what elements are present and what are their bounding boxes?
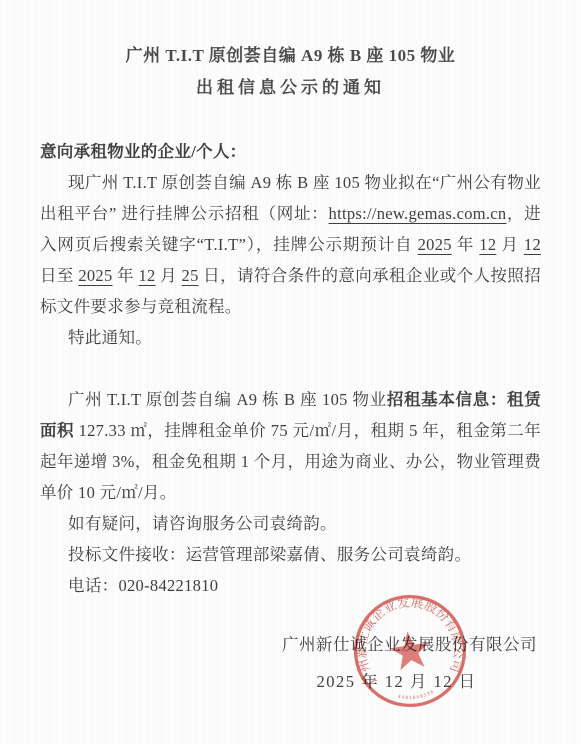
publicity-start-day: 12: [524, 235, 541, 254]
basic-info-paragraph: 广州 T.I.T 原创荟自编 A9 栋 B 座 105 物业招租基本信息：租赁面…: [40, 384, 541, 508]
publicity-end-month: 12: [138, 266, 155, 285]
contact-question: 如有疑问，请咨询服务公司袁绮韵。: [40, 508, 541, 539]
phone-line: 电话：020-84221810: [40, 570, 541, 601]
publicity-start-month: 12: [479, 235, 496, 254]
signature-block: 广州新仕诚企业发展股份有限公司 2025 年 12 月 12 日: [282, 630, 537, 697]
text-segment: 年: [113, 266, 139, 285]
publicity-end-day: 25: [182, 266, 199, 285]
document-content: 广州 T.I.T 原创荟自编 A9 栋 B 座 105 物业 出租信息公示的通知…: [0, 0, 581, 601]
notice-close: 特此通知。: [40, 322, 541, 353]
text-segment: 日至: [40, 266, 78, 285]
publicity-end-year: 2025: [78, 266, 112, 285]
salutation: 意向承租物业的企业/个人：: [40, 136, 541, 167]
notice-title-line1: 广州 T.I.T 原创荟自编 A9 栋 B 座 105 物业: [40, 40, 541, 72]
text-segment: 127.33 ㎡，挂牌租金单价 75 元/㎡/月，租期 5 年，租金第二年起年递…: [40, 421, 541, 502]
text-segment: 年: [452, 235, 479, 254]
announcement-paragraph: 现广州 T.I.T 原创荟自编 A9 栋 B 座 105 物业拟在“广州公有物业…: [40, 167, 541, 322]
signature-date: 2025 年 12 月 12 日: [282, 667, 511, 697]
notice-title: 广州 T.I.T 原创荟自编 A9 栋 B 座 105 物业 出租信息公示的通知: [40, 40, 541, 104]
signature-company: 广州新仕诚企业发展股份有限公司: [282, 630, 537, 660]
bid-receivers: 投标文件接收：运营管理部梁嘉倩、服务公司袁绮韵。: [40, 539, 541, 570]
notice-title-line2: 出租信息公示的通知: [40, 72, 541, 104]
text-segment: 月: [156, 266, 182, 285]
listing-url[interactable]: https://new.gemas.com.cn: [329, 204, 507, 223]
notice-document: 广州 T.I.T 原创荟自编 A9 栋 B 座 105 物业 出租信息公示的通知…: [0, 0, 581, 744]
text-segment: 月: [496, 235, 523, 254]
publicity-start-year: 2025: [418, 235, 452, 254]
text-segment: 广州 T.I.T 原创荟自编 A9 栋 B 座 105 物业: [68, 390, 387, 409]
